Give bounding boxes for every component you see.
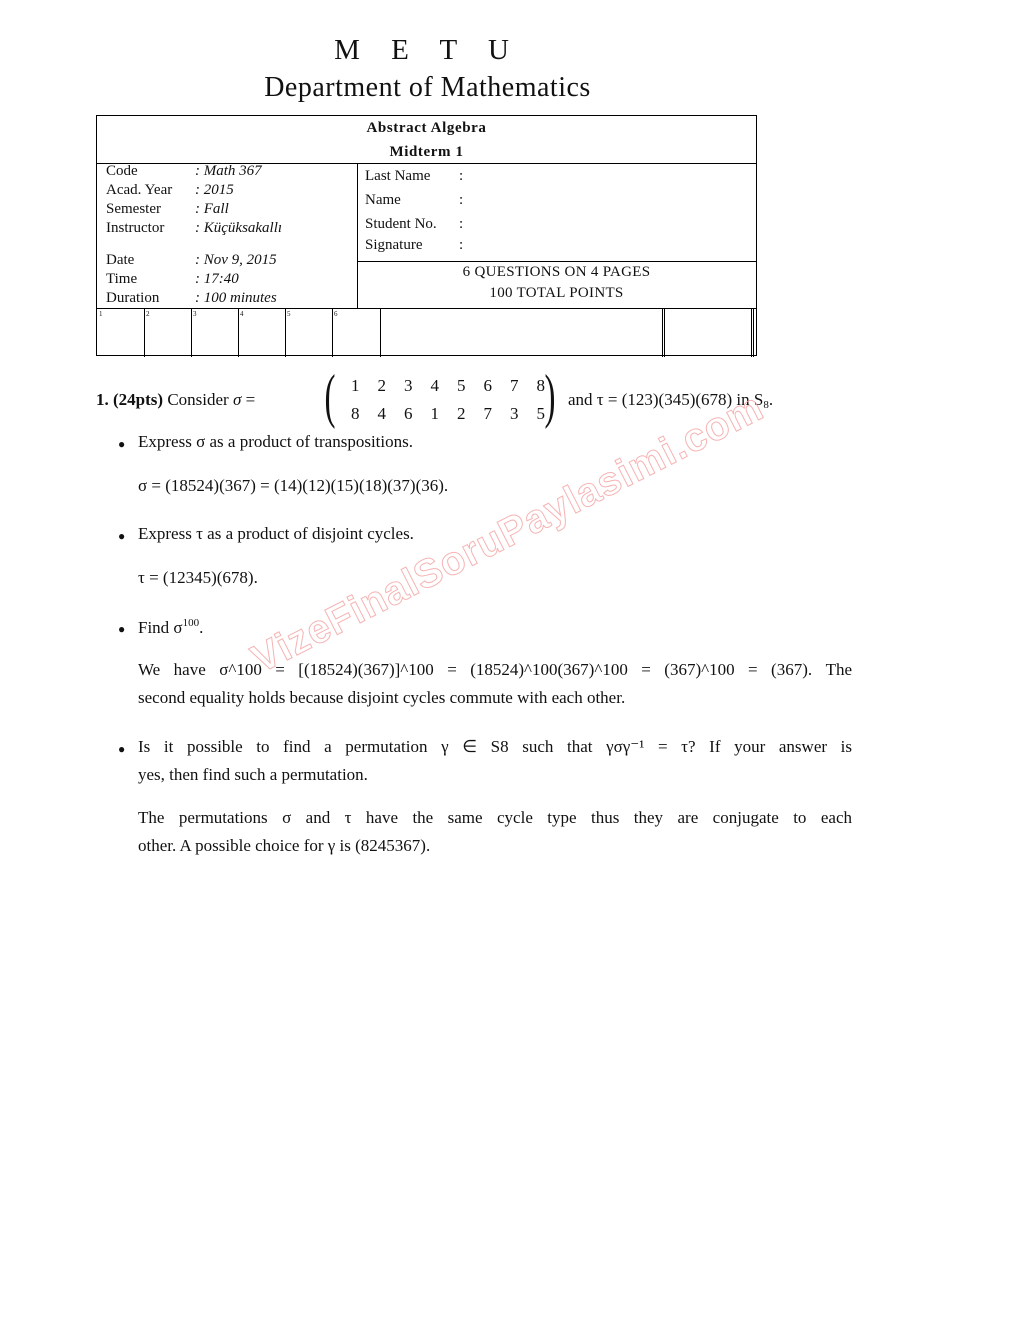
total-score-box[interactable] [665,309,754,357]
question-number: 1. [96,390,109,409]
matrix-entry: 2 [369,376,396,396]
part-a-answer: σ = (18524)(367) = (14)(12)(15)(18)(37)(… [138,476,448,496]
matrix-entry: 5 [448,376,475,396]
matrix-entry: 3 [501,404,528,424]
matrix-entry: 7 [501,376,528,396]
course-header: Abstract Algebra Midterm 1 [97,116,756,164]
info-year: Acad. Year: 2015 [106,182,234,200]
part-d-prompt-2: yes, then find such a permutation. [138,765,368,785]
matrix-entry: 4 [422,376,449,396]
exam-details: Code: Math 367 Acad. Year: 2015 Semester… [97,163,358,308]
matrix-entry: 1 [342,376,369,396]
questions-note: 6 QUESTIONS ON 4 PAGES 100 TOTAL POINTS [357,261,756,309]
score-box-4[interactable]: 4 [238,309,286,357]
matrix-entry: 1 [422,404,449,424]
field-last-name[interactable]: Last Name: [365,168,463,185]
exam-name: Midterm 1 [97,140,756,164]
part-c-answer-2: second equality holds because disjoint c… [138,688,625,708]
part-c-prompt: Find σ100. [138,617,203,638]
score-box-1[interactable]: 1 [97,309,145,357]
bullet-icon: ● [118,742,125,757]
bullet-icon: ● [118,529,125,544]
question-1-header: 1. (24pts) Consider σ = [96,390,255,410]
matrix-entry: 6 [395,404,422,424]
questions-count: 6 QUESTIONS ON 4 PAGES [357,262,756,283]
course-name: Abstract Algebra [97,116,756,140]
sigma-top-row: 12345678 [342,376,554,396]
total-points: 100 TOTAL POINTS [357,283,756,304]
score-table: 1 2 3 4 5 6 [97,308,756,357]
sigma-matrix: ( 12345678 84612735 ) [320,370,556,428]
sigma-bottom-row: 84612735 [342,404,554,424]
student-fields: Last Name: Name: Student No.: Signature:… [357,163,756,308]
field-signature[interactable]: Signature: [365,237,463,254]
matrix-entry: 2 [448,404,475,424]
score-box-6[interactable]: 6 [332,309,381,357]
bullet-icon: ● [118,622,125,637]
matrix-entry: 4 [369,404,396,424]
part-a-prompt: Express σ as a product of transpositions… [138,432,413,452]
score-box-2[interactable]: 2 [144,309,192,357]
part-d-answer-1: The permutations σ and τ have the same c… [138,808,852,828]
score-box-5[interactable]: 5 [285,309,333,357]
info-time: Time: 17:40 [106,271,239,289]
question-intro: Consider [167,390,228,409]
info-date: Date: Nov 9, 2015 [106,252,277,270]
matrix-entry: 3 [395,376,422,396]
info-duration: Duration: 100 minutes [106,290,277,308]
field-student-no[interactable]: Student No.: [365,216,463,233]
question-points: (24pts) [113,390,163,409]
part-d-prompt-1: Is it possible to find a permutation γ ∈… [138,737,852,757]
matrix-entry: 8 [342,404,369,424]
right-paren: ) [544,366,555,426]
university-title: M E T U [0,34,855,67]
part-b-answer: τ = (12345)(678). [138,568,258,588]
exam-info-box: Abstract Algebra Midterm 1 Code: Math 36… [96,115,757,356]
bullet-icon: ● [118,437,125,452]
matrix-entry: 7 [475,404,502,424]
info-semester: Semester: Fall [106,201,229,219]
info-instructor: Instructor: Küçüksakallı [106,220,282,238]
field-name[interactable]: Name: [365,192,463,209]
part-b-prompt: Express τ as a product of disjoint cycle… [138,524,414,544]
score-box-3[interactable]: 3 [191,309,239,357]
part-d-answer-2: other. A possible choice for γ is (82453… [138,836,430,856]
info-code: Code: Math 367 [106,163,262,181]
left-paren: ( [324,366,335,426]
part-c-answer-1: We have σ^100 = [(18524)(367)]^100 = (18… [138,660,852,680]
matrix-entry: 6 [475,376,502,396]
department-title: Department of Mathematics [0,72,855,104]
score-blank [380,309,665,357]
sigma-symbol: σ [233,390,241,409]
